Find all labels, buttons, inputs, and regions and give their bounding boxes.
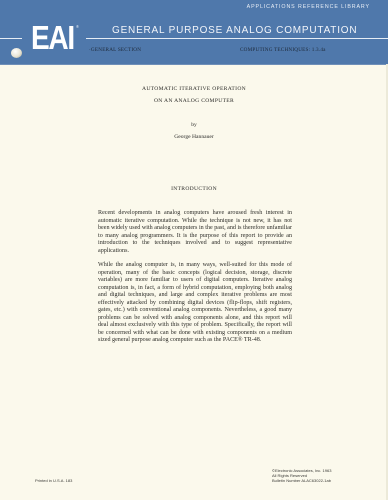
section-label: ·GENERAL SECTION bbox=[89, 47, 141, 53]
series-title: GENERAL PURPOSE ANALOG COMPUTATION bbox=[112, 25, 357, 36]
paragraph-2: While the analog computer is, in many wa… bbox=[98, 262, 292, 345]
section-heading: INTRODUCTION bbox=[0, 186, 388, 192]
left-rule bbox=[0, 38, 22, 39]
title-rule bbox=[86, 38, 388, 39]
paragraph-1: Recent developments in analog computers … bbox=[98, 210, 292, 255]
printed-notice: Printed in U.S.A. 183 bbox=[35, 478, 72, 483]
technique-label: COMPUTING TECHNIQUES: 1.3.4a bbox=[240, 47, 326, 53]
author-name: George Hannauer bbox=[0, 134, 388, 140]
copyright-block: ©Electronic Associates, Inc. 1963 All Ri… bbox=[272, 468, 331, 483]
library-label: APPLICATIONS REFERENCE LIBRARY bbox=[247, 4, 370, 10]
eai-logo: EAI bbox=[31, 21, 74, 54]
bulletin-number: Bulletin Number ALAC63022-1ab bbox=[272, 478, 331, 483]
byline: by bbox=[0, 122, 388, 128]
header-band: APPLICATIONS REFERENCE LIBRARY EAI ® GEN… bbox=[0, 0, 388, 65]
document-title-line-1: AUTOMATIC ITERATIVE OPERATION bbox=[0, 86, 388, 92]
globe-icon bbox=[11, 48, 22, 58]
registered-mark: ® bbox=[76, 24, 79, 29]
document-title-line-2: ON AN ANALOG COMPUTER bbox=[0, 98, 388, 104]
